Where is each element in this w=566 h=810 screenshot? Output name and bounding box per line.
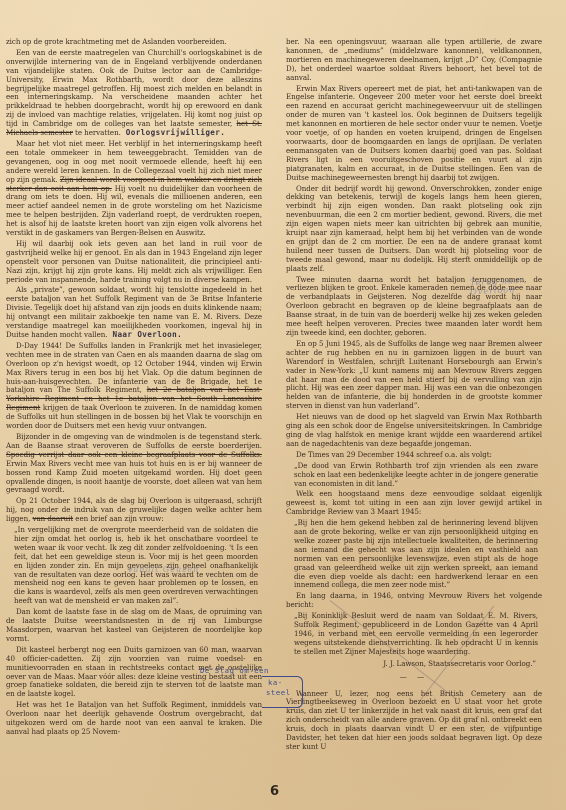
right_column-paragraph: En lang daarna, in 1946, ontving Mevrouw… bbox=[286, 592, 542, 610]
struck-text: Spoedig verrijst daar ook een kleine beg… bbox=[6, 450, 262, 459]
paragraph-text: De Times van 29 December 1944 schreef o.… bbox=[296, 450, 492, 459]
paragraph-text: te hervatten. bbox=[73, 128, 121, 137]
left_column-paragraph: Een van de eerste maatregelen van Church… bbox=[6, 49, 262, 138]
paragraph-text: „Bij Koninklijk Besluit werd de naam van… bbox=[294, 611, 538, 656]
paragraph-text: krijgen de taak Overloon te zuiveren. In… bbox=[6, 403, 262, 430]
paragraph-text: Onder dit bedrijf wordt hij gewond. Onve… bbox=[286, 184, 542, 273]
paragraph-text: „Bij hen die hem gekend hebben zal de he… bbox=[294, 518, 538, 589]
right_column-paragraph: De Times van 29 December 1944 schreef o.… bbox=[286, 451, 542, 460]
right_column-paragraph: Onder dit bedrijf wordt hij gewond. Onve… bbox=[286, 185, 542, 274]
paragraph-text: Wanneer U, lezer, nog eens het British C… bbox=[286, 689, 542, 751]
paragraph-text: Welk een hoogstaand mens deze eenvoudige… bbox=[286, 489, 542, 516]
paragraph-text: Hij voelt nu duidelijker dan voorheen de… bbox=[6, 184, 262, 238]
paragraph-text: Het nieuws van de dood op het slagveld v… bbox=[286, 412, 542, 448]
typed-subheading: Oorlogsvrijwilliger. bbox=[121, 128, 225, 137]
handwritten-note-left: vanuit Geuzen bbox=[128, 565, 199, 574]
page-number: 6 bbox=[270, 784, 279, 799]
right_column-paragraph: „Bij hen die hem gekend hebben zal de he… bbox=[294, 519, 538, 590]
left_column-paragraph: Dan komt de laatste fase in de slag om d… bbox=[6, 608, 262, 644]
right_column-paragraph: — — bbox=[286, 673, 542, 682]
right_column-paragraph: „De dood van Erwin Rothbarth trof zijn v… bbox=[294, 462, 538, 489]
newspaper-page: zich op de grote krachtmeting met de Asl… bbox=[0, 0, 566, 810]
typed-annotation-line3: steel bbox=[266, 688, 291, 697]
left_column-paragraph: Bijzonder in de omgeving van de windmole… bbox=[6, 433, 262, 495]
right-column: ber. Na een openingsvuur, waaraan alle t… bbox=[286, 38, 542, 754]
paragraph-text: ber. Na een openingsvuur, waaraan alle t… bbox=[286, 37, 542, 82]
struck-text: van daaruit bbox=[33, 514, 74, 523]
paragraph-text: Een van de eerste maatregelen van Church… bbox=[6, 48, 262, 128]
paragraph-text: „De dood van Erwin Rothbarth trof zijn v… bbox=[294, 461, 538, 488]
paragraph-text: Erwin Max Rivers opereert met de piat, h… bbox=[286, 84, 542, 182]
paragraph-text: Dan komt de laatste fase in de slag om d… bbox=[6, 607, 262, 643]
right_column-paragraph: „Bij Koninklijk Besluit werd de naam van… bbox=[294, 612, 538, 657]
right_column-paragraph: Het nieuws van de dood op het slagveld v… bbox=[286, 413, 542, 449]
paragraph-text: zich op de grote krachtmeting met de Asl… bbox=[6, 37, 227, 46]
left_column-paragraph: Als „private”, gewoon soldaat, wordt hij… bbox=[6, 286, 262, 339]
paragraph-text: Bijzonder in de omgeving van de windmole… bbox=[6, 432, 262, 450]
right_column-paragraph: Wanneer U, lezer, nog eens het British C… bbox=[286, 690, 542, 752]
paragraph-text: een brief aan zijn vrouw: bbox=[73, 514, 163, 523]
paragraph-text: En op 5 Juni 1945, als de Suffolks de la… bbox=[286, 339, 542, 410]
left_column-paragraph: Op 21 October 1944, als de slag bij Over… bbox=[6, 497, 262, 524]
left_column-paragraph: D-Day 1944! De Suffolks landen in Frankr… bbox=[6, 342, 262, 431]
paragraph-text: Hij wil daarbij ook iets geven aan het l… bbox=[6, 239, 262, 284]
left_column-paragraph: Maar het vlot niet meer. Het verblijf in… bbox=[6, 140, 262, 238]
right_column-paragraph: ber. Na een openingsvuur, waaraan alle t… bbox=[286, 38, 542, 83]
typed-subheading: Naar Overloon. bbox=[108, 330, 183, 339]
left-column: zich op de grote krachtmeting met de Asl… bbox=[6, 38, 262, 739]
typed-annotation-line1: De'Slag'om een bbox=[200, 666, 269, 675]
right_column-paragraph: Welk een hoogstaand mens deze eenvoudige… bbox=[286, 490, 542, 517]
handwritten-note-terug-naar-overloon: Terug naar Overloon bbox=[470, 274, 566, 297]
paragraph-text: Erwin Max Rivers vecht mee van huis tot … bbox=[6, 459, 262, 495]
paragraph-text: En lang daarna, in 1946, ontving Mevrouw… bbox=[286, 591, 542, 609]
typed-annotation-line2: ka- bbox=[268, 678, 283, 687]
left_column-paragraph: zich op de grote krachtmeting met de Asl… bbox=[6, 38, 262, 47]
paragraph-text: Het was het 1e Bataljon van het Suffolk … bbox=[6, 700, 262, 736]
left_column-paragraph: Het was het 1e Bataljon van het Suffolk … bbox=[6, 701, 262, 737]
right_column-paragraph: En op 5 Juni 1945, als de Suffolks de la… bbox=[286, 340, 542, 411]
right_column-paragraph: Erwin Max Rivers opereert met de piat, h… bbox=[286, 85, 542, 183]
left_column-paragraph: Hij wil daarbij ook iets geven aan het l… bbox=[6, 240, 262, 285]
